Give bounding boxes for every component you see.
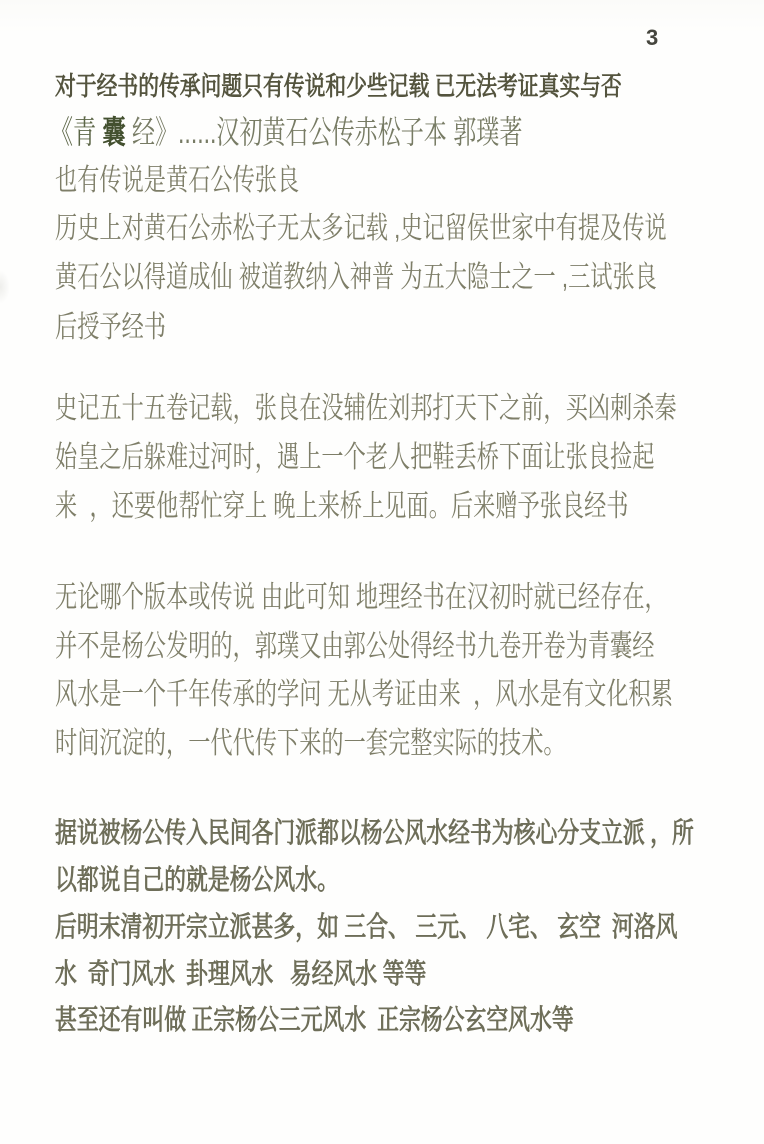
- schools-line-1: 据说被杨公传入民间各门派都以杨公风水经书为核心分支立派 ，所: [55, 818, 694, 850]
- huangshigong-line-1: 历史上对黄石公赤松子无太多记载 ,史记留侯世家中有提及传说: [55, 212, 667, 247]
- intro-line: 对于经书的传承问题只有传说和少些记载 已无法考证真实与否: [55, 72, 622, 102]
- qingnangjing-title-line: 《青 囊 经》......汉初黄石公传赤松子本 郭璞著: [50, 114, 522, 151]
- huangshigong-line-2: 黄石公以得道成仙 被道教纳入神普 为五大隐士之一 ,三试张良: [55, 261, 657, 296]
- schools-line-3: 后明末清初开宗立派甚多，如 三合、 三元、 八宅、 玄空 河洛风: [55, 912, 677, 944]
- title-segment-rest: 经》......汉初黄石公传赤松子本 郭璞著: [126, 114, 523, 150]
- schools-line-5: 甚至还有叫做 正宗杨公三元风水 正宗杨公玄空风水等: [55, 1005, 574, 1037]
- conclusion-line-3: 风水是一个千年传承的学问 无从考证由来 ，风水是有文化积累: [55, 678, 673, 713]
- title-segment-open: 《青: [50, 114, 102, 150]
- conclusion-line-4: 时间沉淀的，一代代传下来的一套完整实际的技术。: [55, 727, 566, 762]
- scanned-document-page: 3 对于经书的传承问题只有传说和少些记载 已无法考证真实与否 《青 囊 经》..…: [0, 0, 764, 1144]
- schools-line-4: 水 奇门风水 卦理风水 易经风水 等等: [55, 959, 426, 991]
- title-segment-nang: 囊: [102, 114, 125, 150]
- zhangliang-story-line-3: 来 ，还要他帮忙穿上 晚上来桥上见面。后来赠予张良经书: [55, 490, 629, 525]
- page-number: 3: [646, 25, 658, 51]
- conclusion-line-1: 无论哪个版本或传说 由此可知 地理经书在汉初时就已经存在，: [55, 581, 667, 616]
- scan-artifact: [0, 270, 10, 304]
- zhangliang-story-line-2: 始皇之后躲难过河时，遇上一个老人把鞋丢桥下面让张良捡起: [55, 441, 654, 476]
- alt-legend-line: 也有传说是黄石公传张良: [55, 164, 299, 199]
- zhangliang-story-line-1: 史记五十五卷记载，张良在没辅佐刘邦打天下之前，买凶刺杀秦: [55, 392, 677, 427]
- huangshigong-line-3: 后授予经书: [55, 311, 166, 346]
- schools-line-2: 以都说自己的就是杨公风水。: [55, 865, 339, 897]
- conclusion-line-2: 并不是杨公发明的，郭璞又由郭公处得经书九卷开卷为青囊经: [55, 630, 654, 665]
